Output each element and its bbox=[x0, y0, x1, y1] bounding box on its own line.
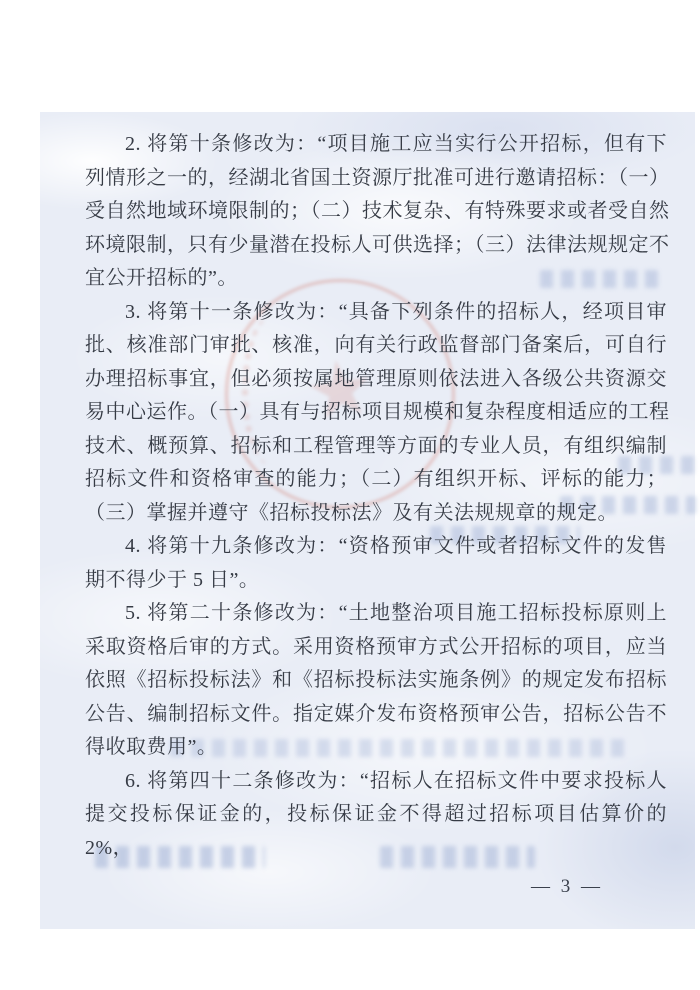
text-line: 2. 将第十条修改为：“项目施工应当实行公开招标，但有下 bbox=[85, 128, 667, 162]
text-line: （三）掌握并遵守《招标投标法》及有关法规规章的规定。 bbox=[85, 497, 667, 531]
text-line: 环境限制，只有少量潜在投标人可供选择；（三）法律法规规定不 bbox=[85, 229, 667, 263]
text-line: 技术、概预算、招标和工程管理等方面的专业人员，有组织编制 bbox=[85, 430, 667, 464]
text-line: 6. 将第四十二条修改为：“招标人在招标文件中要求投标人 bbox=[85, 765, 667, 799]
text-body: 2. 将第十条修改为：“项目施工应当实行公开招标，但有下列情形之一的，经湖北省国… bbox=[85, 128, 667, 865]
text-line: 4. 将第十九条修改为：“资格预审文件或者招标文件的发售 bbox=[85, 530, 667, 564]
text-line: 宜公开招标的”。 bbox=[85, 262, 667, 296]
text-line: 列情形之一的，经湖北省国土资源厅批准可进行邀请招标：（一） bbox=[85, 162, 667, 196]
text-line: 提交投标保证金的，投标保证金不得超过招标项目估算价的 2%， bbox=[85, 798, 667, 865]
text-line: 招标文件和资格审查的能力；（二）有组织开标、评标的能力； bbox=[85, 463, 667, 497]
text-line: 依照《招标投标法》和《招标投标法实施条例》的规定发布招标 bbox=[85, 664, 667, 698]
text-line: 5. 将第二十条修改为：“土地整治项目施工招标投标原则上 bbox=[85, 597, 667, 631]
text-line: 采取资格后审的方式。采用资格预审方式公开招标的项目，应当 bbox=[85, 631, 667, 665]
text-line: 易中心运作。（一）具有与招标项目规模和复杂程度相适应的工程 bbox=[85, 396, 667, 430]
text-line: 得收取费用”。 bbox=[85, 731, 667, 765]
text-line: 公告、编制招标文件。指定媒介发布资格预审公告，招标公告不 bbox=[85, 698, 667, 732]
scanned-page-sheet: ★ 2. 将第十条修改为：“项目施工应当实行公开招标，但有下列情形之一的，经湖北… bbox=[40, 112, 695, 929]
page-number: — 3 — bbox=[531, 876, 603, 898]
text-line: 3. 将第十一条修改为：“具备下列条件的招标人，经项目审 bbox=[85, 296, 667, 330]
text-line: 批、核准部门审批、核准，向有关行政监督部门备案后，可自行 bbox=[85, 329, 667, 363]
text-line: 受自然地域环境限制的；（二）技术复杂、有特殊要求或者受自然 bbox=[85, 195, 667, 229]
text-line: 期不得少于 5 日”。 bbox=[85, 564, 667, 598]
text-line: 办理招标事宜，但必须按属地管理原则依法进入各级公共资源交 bbox=[85, 363, 667, 397]
